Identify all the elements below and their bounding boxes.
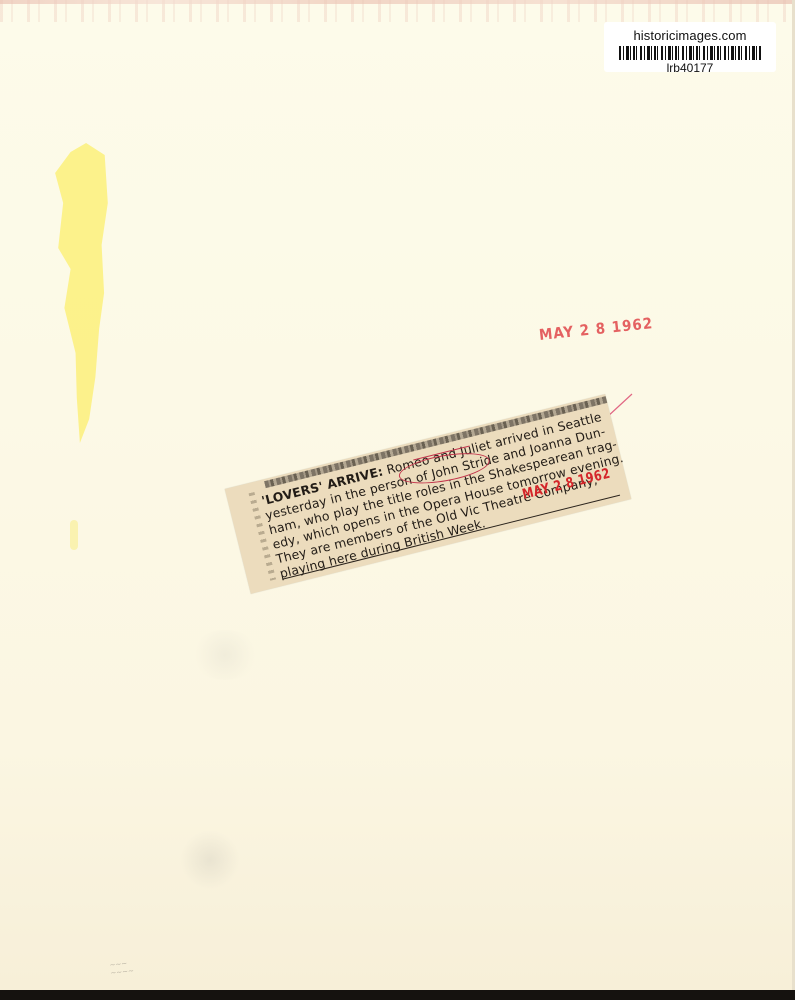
pencil-smudge — [190, 630, 260, 680]
top-edge-stains — [0, 0, 792, 22]
bottom-border — [0, 990, 795, 1000]
watermark-label: historicimages.com lrb40177 — [604, 22, 776, 72]
watermark-code: lrb40177 — [604, 61, 776, 75]
barcode-icon — [619, 46, 761, 60]
pencil-smudge — [180, 830, 240, 890]
pencil-scribble: ~~~~~~~ — [109, 959, 134, 977]
yellow-stain-small — [70, 520, 78, 550]
watermark-site: historicimages.com — [604, 28, 776, 43]
